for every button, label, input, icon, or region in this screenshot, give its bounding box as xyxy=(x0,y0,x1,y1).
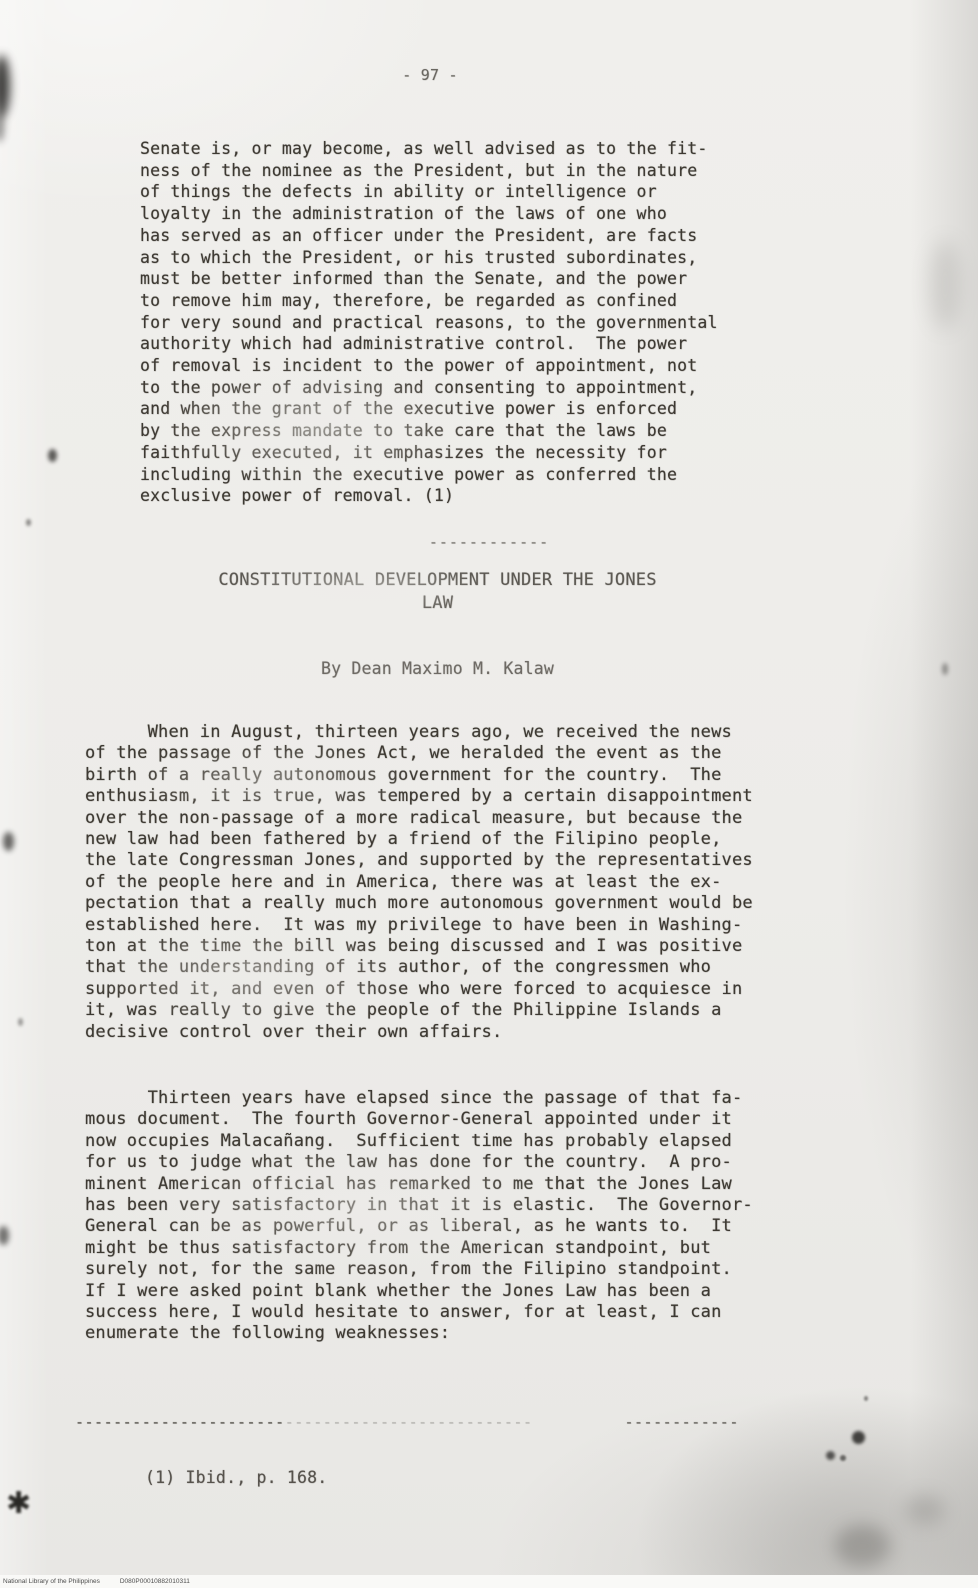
ink-splat: ✱ xyxy=(6,1486,31,1521)
blockquote-text: Senate is, or may become, as well advise… xyxy=(140,138,800,507)
footnote-rule-right: ------------ xyxy=(625,1415,739,1430)
ink-speck xyxy=(942,663,948,675)
footnote-rule: ----------------------------------------… xyxy=(75,1415,935,1430)
ink-dot xyxy=(852,1431,865,1444)
ink-speck xyxy=(18,1018,23,1026)
stain-smudge xyxy=(835,1525,890,1567)
scan-footer: National Library of the Philippines D080… xyxy=(0,1575,978,1588)
library-watermark: National Library of the Philippines xyxy=(3,1578,100,1585)
ink-speck xyxy=(0,1226,9,1245)
ink-speck xyxy=(26,519,31,526)
scanned-document-page: - 97 - Senate is, or may become, as well… xyxy=(0,0,978,1588)
stain-smudge xyxy=(930,240,960,330)
paragraph-2: Thirteen years have elapsed since the pa… xyxy=(85,1088,825,1345)
section-separator-dashes: ------------ xyxy=(0,533,978,551)
scan-code: D080P00010882010311 xyxy=(120,1578,190,1585)
stain-smudge xyxy=(905,1495,945,1525)
ink-dot xyxy=(826,1451,835,1460)
ink-speck xyxy=(48,449,57,462)
ink-streak xyxy=(0,55,10,117)
ink-dot xyxy=(840,1455,846,1461)
paragraph-1: When in August, thirteen years ago, we r… xyxy=(85,722,825,1043)
ink-speck xyxy=(864,1396,868,1401)
footnote-rule-left: ---------------------- xyxy=(75,1413,285,1431)
ink-speck xyxy=(3,832,14,851)
footnote-text: (1) Ibid., p. 168. xyxy=(145,1468,327,1487)
article-heading: CONSTITUTIONAL DEVELOPMENT UNDER THE JON… xyxy=(85,569,790,615)
footnote-rule-mid: -------------------------- xyxy=(285,1413,533,1431)
article-byline: By Dean Maximo M. Kalaw xyxy=(85,659,790,678)
page-number: - 97 - xyxy=(0,66,860,84)
